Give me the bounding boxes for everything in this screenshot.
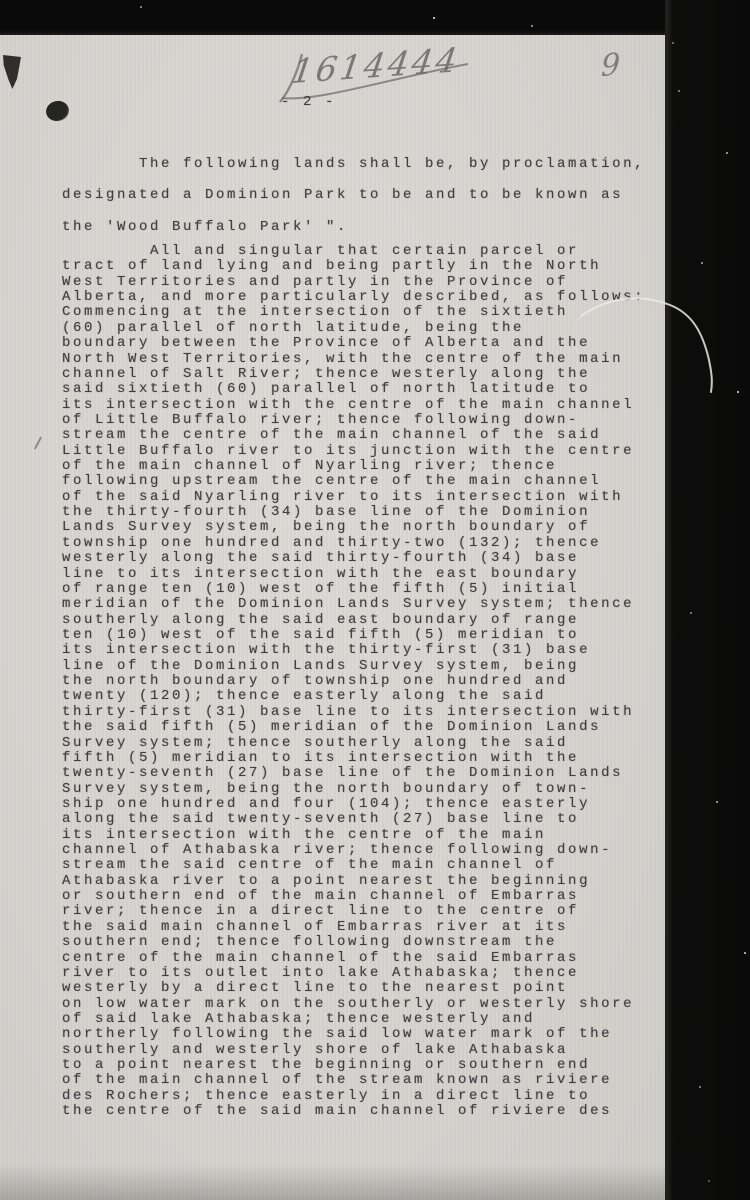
preamble-paragraph: The following lands shall be, by proclam… <box>62 149 645 243</box>
scanned-document-page: 1614444 9 - 2 - The following lands shal… <box>0 0 750 1200</box>
paper-crease-scratch <box>575 268 745 398</box>
film-edge-right <box>665 0 750 1200</box>
legal-description-paragraph: All and singular that certain parcel or … <box>62 244 645 1119</box>
film-edge-top <box>0 0 750 35</box>
film-dust-specks <box>0 0 2 2</box>
page-number: - 2 - <box>281 94 336 110</box>
handwritten-page-numeral: 9 <box>600 47 620 84</box>
